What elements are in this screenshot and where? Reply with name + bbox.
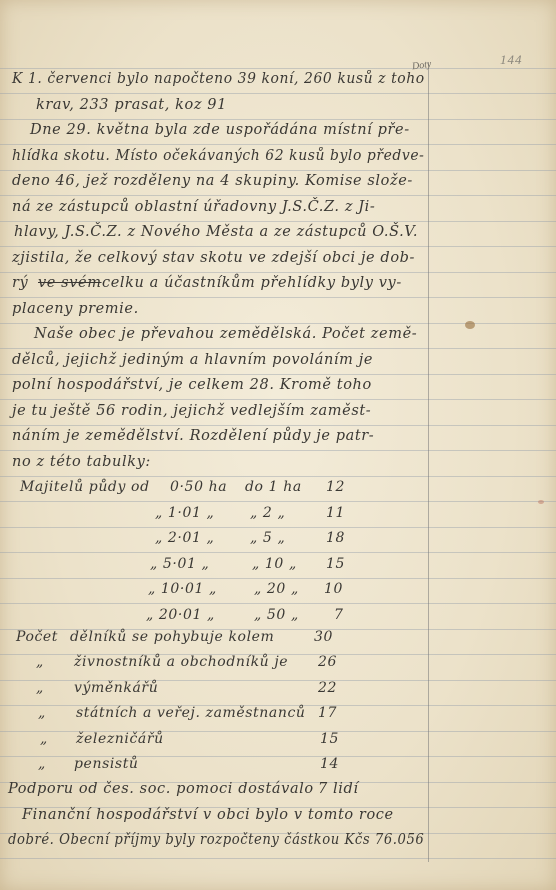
row-prefix: „ — [38, 706, 46, 720]
row-count: 14 — [320, 757, 339, 771]
margin-line — [428, 62, 429, 862]
ruled-line — [0, 450, 556, 451]
text-line: hlavy, J.S.Č.Z. z Nového Města a ze zást… — [14, 225, 418, 240]
to-value: „ 10 „ — [252, 557, 297, 571]
ruled-line — [0, 119, 556, 120]
ruled-line — [0, 501, 556, 502]
ruled-line — [0, 93, 556, 94]
text-line: Dne 29. května byla zde uspořádána místn… — [30, 123, 410, 138]
count-value: 18 — [326, 531, 345, 545]
text-line: placeny premie. — [12, 302, 139, 317]
ruled-line — [0, 195, 556, 196]
text-line: krav, 233 prasat, koz 91 — [36, 98, 227, 113]
ledger-page: 144 Doty K 1. červenci bylo napočteno 39… — [0, 0, 556, 890]
count-value: 11 — [326, 506, 345, 520]
ruled-line — [0, 170, 556, 171]
row-prefix: „ — [40, 732, 48, 746]
row-prefix: „ — [36, 655, 44, 669]
text-line: K 1. červenci bylo napočteno 39 koní, 26… — [12, 72, 425, 87]
ruled-line — [0, 374, 556, 375]
row-count: 17 — [318, 706, 337, 720]
text-line: deno 46, jež rozděleny na 4 skupiny. Kom… — [12, 174, 413, 189]
to-value: „ 20 „ — [254, 582, 299, 596]
text-line-rest: celku a účastníkům přehlídky byly vy- — [102, 276, 402, 291]
text-line: dělců, jejichž jediným a hlavním povolán… — [12, 353, 373, 368]
count-value: 7 — [334, 608, 344, 622]
ruled-line — [0, 348, 556, 349]
to-value: „ 2 „ — [250, 506, 285, 520]
row-prefix: „ — [38, 757, 46, 771]
from-value: „ 1·01 „ — [155, 506, 214, 520]
page-number: 144 — [500, 52, 523, 68]
row-count: 30 — [314, 630, 333, 644]
text-line: Naše obec je převahou zemědělská. Počet … — [34, 327, 417, 342]
text-line-start: rý — [12, 276, 28, 291]
text-line: Finanční hospodářství v obci bylo v tomt… — [22, 808, 394, 823]
count-value: 15 — [326, 557, 345, 571]
ruled-line — [0, 144, 556, 145]
to-value: „ 5 „ — [250, 531, 285, 545]
ruled-line — [0, 399, 556, 400]
text-line: hlídka skotu. Místo očekávaných 62 kusů … — [12, 149, 424, 164]
struck-through-text: ve svém — [38, 276, 102, 291]
from-value: „ 10·01 „ — [148, 582, 217, 596]
text-line-value: 7 lidí — [318, 782, 359, 797]
ruled-line — [0, 221, 556, 222]
ink-stain — [465, 321, 475, 329]
row-label: pensistů — [74, 757, 139, 771]
ruled-line — [0, 603, 556, 604]
from-value: „ 2·01 „ — [155, 531, 214, 545]
ruled-line — [0, 297, 556, 298]
ruled-line — [0, 68, 556, 69]
count-value: 12 — [326, 480, 345, 494]
ruled-line — [0, 246, 556, 247]
row-count: 26 — [318, 655, 337, 669]
text-line: dobré. Obecní příjmy byly rozpočteny čás… — [8, 833, 424, 848]
from-value: „ 5·01 „ — [150, 557, 209, 571]
ruled-line — [0, 476, 556, 477]
row-prefix: „ — [36, 681, 44, 695]
text-line: zjistila, že celkový stav skotu ve zdejš… — [12, 251, 415, 266]
text-line: je tu ještě 56 rodin, jejichž vedlejším … — [12, 404, 371, 419]
text-line: náním je zemědělství. Rozdělení půdy je … — [12, 429, 374, 444]
from-value: „ 20·01 „ — [146, 608, 215, 622]
land-table-label: Majitelů půdy od — [20, 480, 150, 494]
count-value: 10 — [324, 582, 343, 596]
ruled-line — [0, 527, 556, 528]
from-value: 0·50 ha — [170, 480, 227, 494]
ruled-line — [0, 578, 556, 579]
text-line: ná ze zástupců oblastní úřadovny J.S.Č.Z… — [12, 200, 375, 215]
row-count: 22 — [318, 681, 337, 695]
row-label: výměnkářů — [74, 681, 158, 695]
row-count: 15 — [320, 732, 339, 746]
ruled-line — [0, 425, 556, 426]
row-label: dělníků se pohybuje kolem — [70, 630, 274, 644]
to-value: do 1 ha — [245, 480, 302, 494]
ruled-line — [0, 858, 556, 859]
row-label: státních a veřej. zaměstnanců — [76, 706, 306, 720]
row-prefix: Počet — [16, 630, 58, 644]
ruled-line — [0, 552, 556, 553]
text-line: Podporu od čes. soc. pomoci dostávalo — [8, 782, 314, 797]
row-label: železničářů — [76, 732, 164, 746]
text-line: polní hospodářství, je celkem 28. Kromě … — [12, 378, 372, 393]
paper-speck — [538, 500, 544, 504]
ruled-line — [0, 272, 556, 273]
row-label: živnostníků a obchodníků je — [74, 655, 288, 669]
to-value: „ 50 „ — [254, 608, 299, 622]
text-line: no z této tabulky: — [12, 455, 151, 470]
